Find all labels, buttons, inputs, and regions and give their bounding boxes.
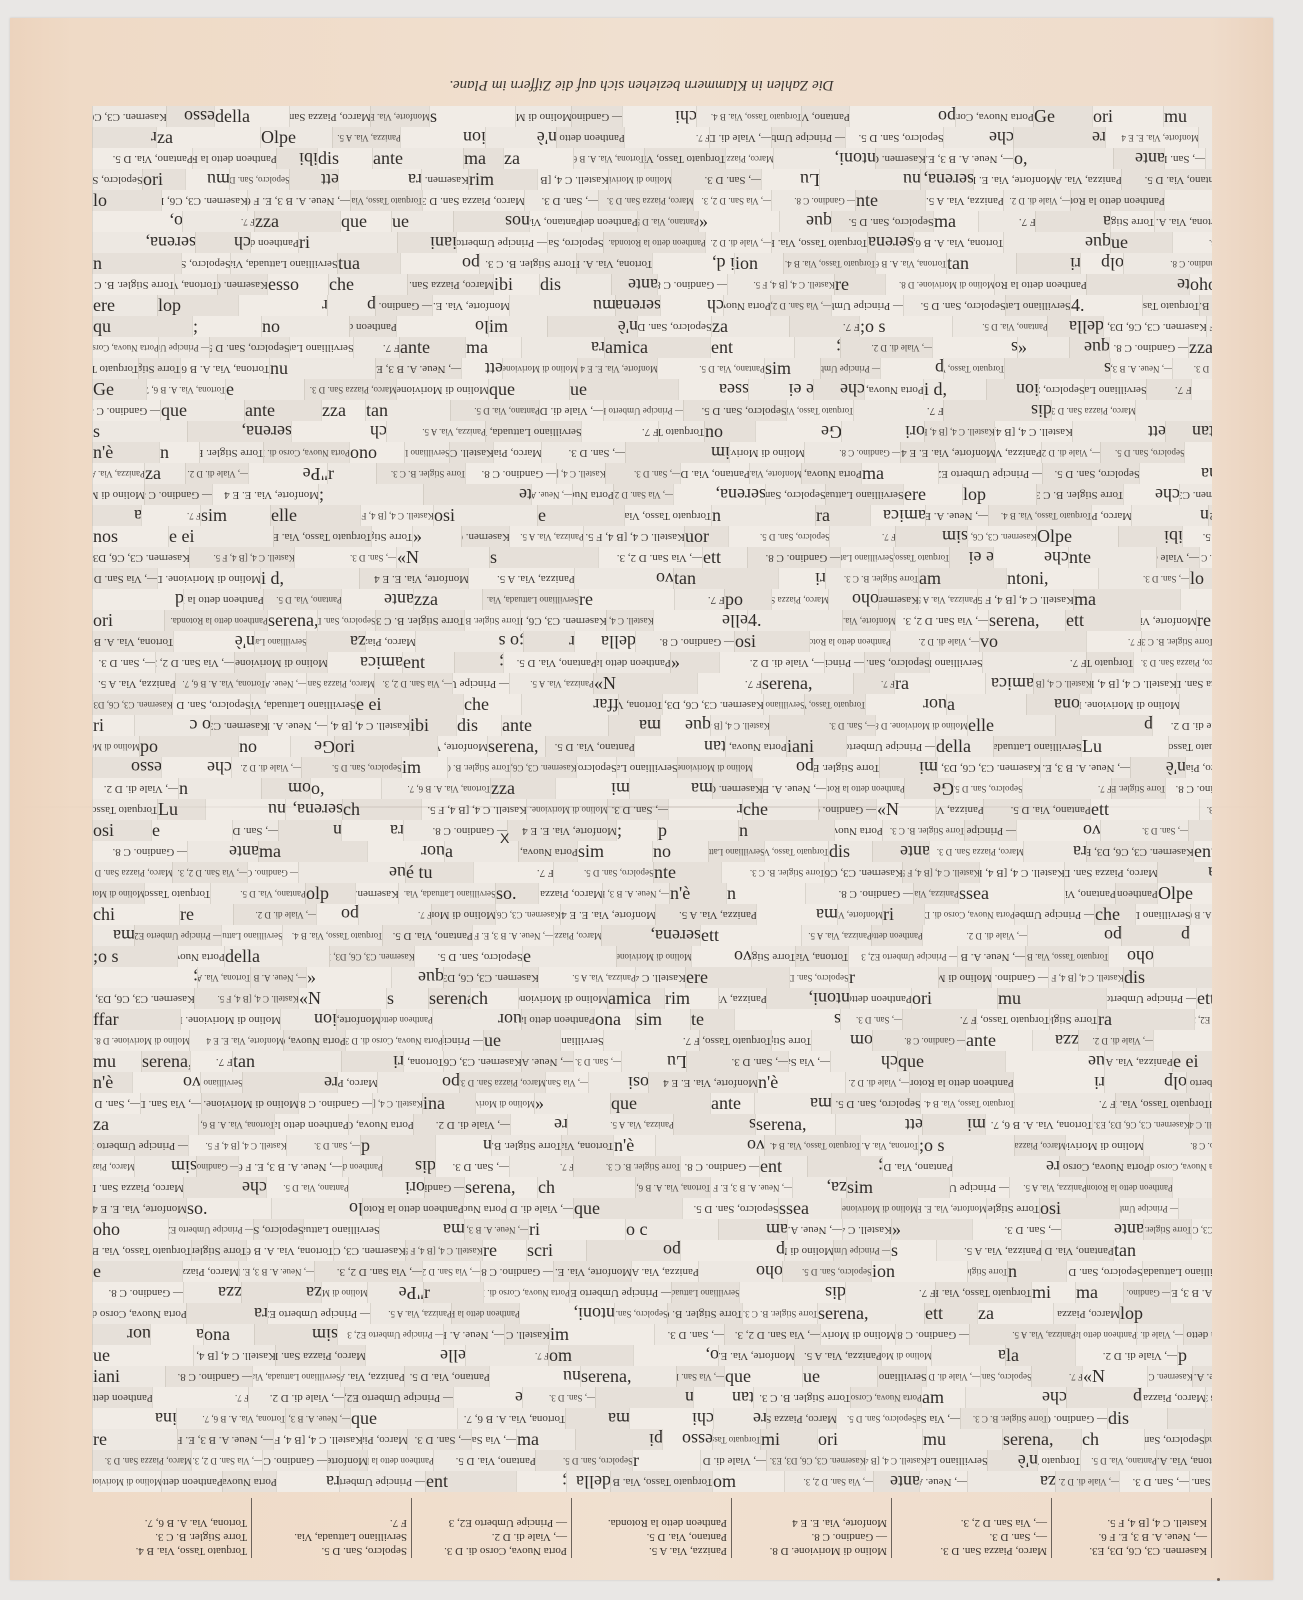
weave-cell: Molino di Morivione. D 8.: [396, 379, 489, 400]
weave-cell: — Principe Umberto E2, 3: [1119, 1198, 1179, 1219]
weave-cell: iani: [786, 736, 847, 757]
weave-cell: — Gandino. C 8.: [403, 820, 508, 841]
weave-cell: ma: [565, 1408, 630, 1429]
weave-cell: p: [680, 1240, 785, 1261]
weave-cell: Olpe: [1036, 526, 1119, 547]
text-fragment: F 7.: [183, 211, 255, 232]
weave-cell: Sepolcro, San. D 5.: [728, 526, 830, 547]
text-fragment: sim: [765, 358, 821, 379]
text-fragment: za: [504, 148, 574, 169]
text-fragment: Sepolcro, San. D 5.: [954, 778, 1023, 799]
weave-cell: uor: [92, 1324, 151, 1345]
text-fragment: ;: [517, 1471, 567, 1492]
weave-cell: p: [880, 358, 944, 379]
weave-cell: Kastell. C 4, [B 4, F 5.: [273, 1429, 363, 1450]
weave-cell: s: [932, 337, 1018, 358]
text-fragment: esso: [93, 757, 162, 778]
text-fragment: —, Neue. A. B 3, E. F 6.: [926, 505, 989, 526]
text-fragment: Pantano, Via. D 5.: [504, 652, 597, 673]
text-fragment: olp: [306, 883, 356, 904]
text-fragment: mu: [923, 1429, 1003, 1450]
text-fragment: uor: [93, 1324, 151, 1345]
weave-cell: —, San. D 3.: [286, 1135, 361, 1156]
weave-cell: Sepolcro, San. D 5.: [576, 757, 617, 778]
text-fragment: Sepolcro, San. D 5.: [1101, 442, 1185, 463]
text-fragment: ;: [808, 1156, 883, 1177]
text-fragment: ;o s: [860, 316, 953, 337]
weave-cell: p: [327, 295, 376, 316]
text-fragment: Tortona, Via. A. B 6, 7.: [577, 253, 653, 274]
text-fragment: che: [994, 547, 1069, 568]
weave-cell: della: [224, 946, 330, 967]
text-fragment: —, Neue. A. B 3, E. F 6.: [266, 673, 307, 694]
text-fragment: F 7.: [604, 1030, 700, 1051]
weave-cell: Sepolcro, San. D 5.: [765, 484, 826, 505]
weave-cell: ante: [965, 1030, 1033, 1051]
weave-cell: Torre Stigler. B. C 3.: [813, 757, 880, 778]
weave-cell: Sepolcro, San. D 5.: [831, 211, 934, 232]
text-fragment: Molino di Morivione. D 8.: [678, 757, 753, 778]
text-fragment: ;: [455, 652, 504, 673]
text-fragment: F 7.: [142, 505, 201, 526]
weave-cell: Sepolcro, San. D 5.: [172, 694, 251, 715]
text-fragment: po: [1028, 925, 1122, 946]
text-fragment: Sepolcro, San. D 5.: [210, 337, 290, 358]
text-fragment: Pantano, Via. D 5.: [1199, 127, 1212, 148]
weave-cell: 4.: [747, 610, 843, 631]
text-fragment: Sepolcro, San. D 5.: [615, 1303, 668, 1324]
text-fragment: Panizza, Via. A 5.: [795, 1345, 882, 1366]
weave-cell: Panizza, Via. A 5.: [913, 883, 959, 904]
weave-cell: —, Via San. D 2, 3.: [1189, 1471, 1212, 1492]
weave-cell: que: [660, 715, 711, 736]
weave-cell: vo: [979, 631, 1087, 652]
text-fragment: sim: [847, 1177, 950, 1198]
text-fragment: Kastell. C 4, [B 4, F 5.: [995, 421, 1073, 442]
weave-cell: —, Neue. A. B 3, E. F 6.: [957, 946, 1026, 967]
weave-cell: nte: [653, 862, 722, 883]
text-fragment: Kastell. C 4, [B 4, F 5.: [728, 274, 835, 295]
text-fragment: Panizza, Via. A 5.: [936, 799, 984, 820]
weave-cell: ona: [594, 1009, 636, 1030]
text-fragment: Monforte, Via. E. E 4: [901, 442, 996, 463]
text-fragment: F 7.: [191, 1051, 233, 1072]
text-fragment: della: [1048, 316, 1104, 337]
text-fragment: Servilliano Lattuada, Via.: [253, 1366, 341, 1387]
weave-cell: ue: [92, 1345, 194, 1366]
weave-cell: amica: [604, 337, 711, 358]
weave-cell: Marco, Piazza San. D 3.: [929, 841, 1024, 862]
text-fragment: no: [653, 841, 709, 862]
weave-cell: — Gandino. C 8.: [92, 400, 161, 421]
text-fragment: Kastell. C 4, [B 4, F 5.: [1049, 967, 1124, 988]
weave-cell: —, Via San. D 2, 3.: [613, 484, 674, 505]
weave-cell: —, San. D 3.: [671, 169, 762, 190]
weave-row: — Gandino. C 8.antemauoraPorta Nuova, Co…: [92, 841, 1212, 862]
weave-cell: Torre Stigler. B. C 3.: [1143, 1219, 1192, 1240]
weave-cell: Marco, Piazza San. D 3.: [422, 190, 525, 211]
text-fragment: Tortona, Via. A. B 6, 7.: [1155, 211, 1212, 232]
weave-row: Torquato Tasso, Via. B 4.Torre Stigler. …: [92, 358, 1212, 379]
weave-cell: Torquato Tasso, Via. B 4.: [144, 883, 211, 904]
text-fragment: esso: [167, 106, 215, 127]
text-fragment: Pantano, Via. D 5.: [953, 316, 1048, 337]
weave-cell: — Gandino. C 8.: [635, 631, 735, 652]
weave-cell: nos: [453, 211, 530, 232]
text-fragment: re: [1197, 610, 1212, 631]
weave-row: rzaOlpePanizza, Via. A 5.ionn'èPantheon …: [92, 127, 1212, 148]
index-entry: Pantano, Via. D 5.: [572, 1530, 727, 1544]
text-fragment: Servilliano Lattuada, Via.: [826, 484, 904, 505]
weave-cell: —, Viale di. D 2.: [1003, 190, 1071, 211]
weave-cell: Monforte, Via. E. E 4: [359, 568, 469, 589]
weave-cell: ett: [1065, 610, 1141, 631]
text-fragment: della: [575, 631, 636, 652]
text-fragment: Torre Stigler. B. C 3.: [192, 1240, 247, 1261]
weave-row: chire—, Viale di. D 2.poF 7.Molino di Mo…: [92, 904, 1212, 925]
weave-cell: Tortona, Via. A. B 6, 7.: [561, 1135, 614, 1156]
weave-cell: Porta Nuova, Corso di. D 3.: [955, 106, 1034, 127]
text-fragment: Molino di Morivione. D 8.: [730, 442, 805, 463]
weave-cell: Monforte, Via. E. E 4: [189, 1030, 284, 1051]
text-fragment: —, San. D 3.: [1099, 568, 1190, 589]
weave-cell: Monforte, Via. E. E 4: [577, 358, 658, 379]
text-fragment: Pantheon detto la Rotonda.: [604, 232, 706, 253]
text-fragment: Kasernen. C3, C6, D3, E3.: [825, 862, 903, 883]
weave-cell: Torre Stigler. B. C 3.: [1110, 211, 1155, 232]
weave-cell: esso: [166, 106, 215, 127]
weave-cell: Panizza, Via. A 5.: [801, 925, 872, 946]
text-fragment: ona: [595, 1009, 636, 1030]
weave-cell: — Gandino. C 8.: [424, 1177, 465, 1198]
text-fragment: Porta Nuova, Corso di. D 3.: [724, 295, 771, 316]
weave-cell: po: [139, 736, 239, 757]
text-fragment: ue: [1111, 232, 1173, 253]
weave-cell: Servilliano Lattuada, Via.: [200, 1072, 243, 1093]
weave-cell: Pantheon detto la Rotonda.: [274, 1114, 349, 1135]
text-fragment: elle: [366, 1345, 466, 1366]
weave-row: — Principe Umberto E2, 3Kastell. C 4, [B…: [92, 1135, 1212, 1156]
index-entry: Panizza, Via. A 5.: [572, 1544, 727, 1558]
weave-cell: Marco, Piazza San. D 3.: [1014, 1135, 1066, 1156]
weave-cell: »: [670, 652, 720, 673]
text-fragment: —, Neue. A. B 3, E. F 6.: [473, 925, 554, 946]
text-fragment: Marco, Piazza San. D 3.: [1052, 400, 1136, 421]
weave-cell: F 7.: [603, 1030, 700, 1051]
weave-cell: Marco, Piazza San. D 3.: [459, 1072, 546, 1093]
text-fragment: Torquato Tasso, Via. B 4.: [1087, 652, 1134, 673]
weave-cell: — Principe Umberto E2, 3: [134, 925, 222, 946]
weave-cell: Marco, Piazza San. D 3.: [598, 190, 694, 211]
text-fragment: Tortona, Via. A. B 6, 7.: [176, 673, 266, 694]
text-fragment: Monforte, Via. E. E 4: [190, 1030, 284, 1051]
text-fragment: —, San. D 3.: [93, 652, 156, 673]
text-fragment: Tortona, Via. A. B 6, 7.: [914, 232, 1004, 253]
text-fragment: —, Neue. A. B 3, E. F 6.: [251, 967, 307, 988]
weave-cell: po: [724, 589, 772, 610]
weave-cell: e: [92, 1261, 183, 1282]
weave-row: Monforte, Via. E. E 4so.loPantheon detto…: [92, 1198, 1212, 1219]
text-fragment: tan: [674, 568, 779, 589]
weave-cell: re: [92, 1429, 178, 1450]
weave-cell: Torquato Tasso, Via. B 4.: [893, 547, 950, 568]
text-fragment: Monforte, Via. E. E 4: [554, 1261, 632, 1282]
weave-cell: che: [742, 799, 819, 820]
weave-cell: —, San. D 3.: [1167, 1408, 1212, 1429]
weave-cell: Monforte, Via. E. E 4: [1140, 610, 1197, 631]
text-fragment: no: [705, 421, 756, 442]
text-fragment: Pantano, Via. D 5.: [638, 211, 699, 232]
text-fragment: Kasernen. C3, C6, D3, E3.: [211, 715, 268, 736]
text-fragment: Pantheon detto la Rotonda.: [165, 610, 268, 631]
text-fragment: Panizza, Via. A 5.: [469, 568, 575, 589]
text-fragment: Sepolcro, San. D 5.: [93, 169, 143, 190]
weave-cell: — Gandino. C 8.: [805, 883, 914, 904]
text-fragment: Pantheon detto la Rotonda.: [1116, 883, 1158, 904]
weave-cell: d: [92, 589, 184, 610]
weave-cell: Molino di Morivione. D 8.: [92, 736, 140, 757]
weave-cell: esso: [662, 1429, 713, 1450]
text-fragment: za: [157, 127, 261, 148]
weave-cell: nte: [1068, 547, 1157, 568]
weave-cell: Torquato Tasso, Via. B 4.: [1037, 1450, 1081, 1471]
text-fragment: e: [538, 505, 625, 526]
text-fragment: Torre Stigler. B. C 3.: [376, 610, 465, 631]
weave-cell: za: [241, 1282, 322, 1303]
text-fragment: osi: [735, 631, 810, 652]
weave-cell: — Principe Umberto E2, 3: [1186, 1072, 1212, 1093]
weave-cell: ;: [192, 316, 262, 337]
text-fragment: Monforte, Via. E. E 4: [918, 1198, 987, 1219]
text-fragment: ;: [795, 337, 841, 358]
weave-cell: Kastell. C 4, [B 4, F 5.: [635, 967, 686, 988]
weave-cell: Torquato Tasso, Via. B 4.: [350, 190, 423, 211]
weave-cell: mu: [922, 1429, 1003, 1450]
weave-cell: zza: [1032, 1030, 1079, 1051]
weave-cell: sim: [254, 1324, 338, 1345]
text-fragment: Molino di Morivione. D 8.: [886, 274, 995, 295]
text-fragment: ent: [711, 337, 795, 358]
text-fragment: F 7.: [510, 1156, 574, 1177]
weave-cell: Olpe: [1157, 883, 1212, 904]
text-fragment: que: [661, 715, 711, 736]
weave-cell: que: [724, 1366, 803, 1387]
weave-cell: Torquato Tasso, Via. B 4.: [282, 925, 383, 946]
text-fragment: ori: [349, 1177, 425, 1198]
weave-cell: Panizza, Via. A 5.: [509, 526, 584, 547]
weave-cell: —, Neue. A. B 3, E. F 6.: [375, 358, 462, 379]
weave-row: Kasernen. C3, C6, D3, E3.Kastell. C 4, […: [92, 988, 1212, 1009]
text-fragment: ina: [423, 1093, 476, 1114]
weave-cell: ori: [348, 1177, 425, 1198]
weave-cell: ;o s: [92, 946, 178, 967]
text-fragment: Kasernen. C3, C6, D3, E3.: [422, 169, 469, 190]
weave-cell: n'è: [613, 1135, 656, 1156]
weave-cell: olp: [1080, 253, 1124, 274]
text-fragment: Tortona, Via. A. B 6, 7.: [1157, 1450, 1212, 1471]
text-fragment: —, Neue. A. B 3, E. F 6.: [788, 1219, 843, 1240]
text-fragment: — Gandino. C 8.: [873, 1030, 966, 1051]
text-fragment: —, Via San. D 2, 3.: [315, 1261, 423, 1282]
text-fragment: Marco, Piazza San. D 3.: [539, 883, 603, 904]
weave-cell: Pantano, Via. D 5.: [1041, 1240, 1114, 1261]
text-fragment: s: [93, 421, 188, 442]
weave-cell: «N: [593, 673, 698, 694]
weave-cell: F 7.: [1188, 820, 1212, 841]
text-fragment: — Gandino. C 8.: [376, 295, 433, 316]
text-fragment: zza: [255, 211, 341, 232]
text-fragment: Tortona, Via. A. B 6, 7.: [1191, 904, 1212, 925]
text-fragment: Kasernen. C3, C6, D3, E3.: [356, 883, 399, 904]
text-fragment: Pantano, Via. D 5.: [451, 400, 540, 421]
text-fragment: F 7.: [979, 211, 1036, 232]
weave-cell: —, San. D 3.: [407, 1429, 472, 1450]
weave-cell: lo: [92, 190, 162, 211]
weave-cell: p: [360, 1135, 436, 1156]
text-fragment: —, San. D 3.: [436, 1156, 510, 1177]
weave-cell: e ei: [355, 694, 464, 715]
weave-cell: Torquato Tasso, Via. B 4.: [273, 526, 372, 547]
text-fragment: Marco, Piazza San. D 3.: [494, 442, 542, 463]
weave-cell: Pantano, Via. D 5.: [404, 1366, 490, 1387]
weave-cell: Torquato Tasso, Via. B 4.: [804, 694, 866, 715]
weave-cell: 4.: [1070, 295, 1143, 316]
weave-cell: Sepolcro, San. D 5.: [614, 1303, 668, 1324]
text-fragment: Torre Stigler. B. C 3.: [961, 1408, 1048, 1429]
weave-cell: ra: [1023, 841, 1087, 862]
text-fragment: am: [919, 568, 1007, 589]
text-fragment: Sepolcro, San. D 5.: [683, 1198, 779, 1219]
text-fragment: Kasernen. C3, C6, D3, E3.: [162, 190, 248, 211]
weave-cell: tan: [693, 1387, 754, 1408]
text-fragment: ra: [277, 1471, 340, 1492]
weave-cell: oho: [1108, 946, 1154, 967]
weave-cell: serena,: [141, 1051, 191, 1072]
weave-cell: n: [178, 778, 262, 799]
weave-cell: — Principe Umberto E2, 3: [267, 1303, 371, 1324]
weave-cell: elle: [270, 505, 361, 526]
text-fragment: ante: [245, 400, 322, 421]
text-fragment: Pantano, Via. D 5.: [1183, 526, 1212, 547]
text-fragment: dis: [457, 715, 502, 736]
text-fragment: —, Neue. A. B 3, E. F 6.: [1206, 1387, 1212, 1408]
weave-cell: Sepolcro, San. D 5.: [1144, 1429, 1205, 1450]
text-fragment: —, Neue. A. B 3, E. F 6.: [1207, 316, 1212, 337]
text-fragment: —, San. D 3.: [973, 1219, 1062, 1240]
text-fragment: Marco, Piazza San. D 3.: [307, 673, 375, 694]
weave-cell: ina: [422, 1093, 476, 1114]
weave-cell: p: [657, 820, 739, 841]
text-fragment: Marco, Piazza San. D 3.: [408, 274, 494, 295]
text-fragment: é tu: [406, 862, 474, 883]
weave-cell: olp: [305, 883, 356, 904]
text-fragment: Panizza, Via. A 5.: [93, 463, 145, 484]
text-fragment: po: [317, 904, 359, 925]
weave-cell: osi: [433, 505, 538, 526]
weave-cell: Panizza, Via. A 5.: [995, 442, 1042, 463]
weave-cell: Servilliano Lattuada, Via.: [404, 442, 450, 463]
weave-cell: Torre Stigler. B. C 3.: [491, 1135, 562, 1156]
weave-cell: Pantheon detto la Rotonda.: [603, 232, 706, 253]
weave-cell: o,: [633, 1345, 719, 1366]
text-fragment: Torre Stigler. B. C 3.: [752, 946, 796, 967]
text-fragment: —, San. D 3.: [525, 190, 599, 211]
weave-cell: Marco, Piazza San. D 3.: [1185, 757, 1212, 778]
index-entry: —, San. D 3.: [892, 1530, 1047, 1544]
text-fragment: so.: [1190, 925, 1212, 946]
weave-cell: ante: [244, 400, 322, 421]
weave-cell: re: [482, 1240, 527, 1261]
text-fragment: om: [812, 1030, 873, 1051]
text-fragment: zza: [1033, 1030, 1079, 1051]
weave-row: —, Via San. D 2, 3.Molino di Morivione. …: [92, 568, 1212, 589]
weave-cell: —, Viale di. D 2.: [922, 925, 1028, 946]
weave-cell: Torre Stigler. B. C 3.: [882, 820, 965, 841]
weave-cell: p: [1066, 1387, 1142, 1408]
text-fragment: ma: [934, 211, 979, 232]
weave-cell: Kastell. C 4, [B 4, F 5.: [504, 1324, 550, 1345]
weave-cell: Sepolcro, San. D 5.: [92, 169, 143, 190]
text-fragment: Pantheon detto la Rotonda.: [452, 1303, 520, 1324]
weave-row: Molino di Morivione. D 8.Pantheon detto …: [92, 1471, 1212, 1492]
text-fragment: a: [93, 505, 142, 526]
text-fragment: Pantheon detto la Rotonda.: [350, 316, 397, 337]
text-fragment: Servilliano Lattuada, Via.: [764, 694, 805, 715]
text-fragment: ent: [760, 1156, 808, 1177]
text-fragment: Marco, Piazza San. D 3.: [930, 841, 1024, 862]
text-fragment: n'è: [988, 1450, 1038, 1471]
weave-cell: —, Viale di. D 2.: [92, 778, 179, 799]
text-fragment: Molino di Morivione. D 8.: [202, 1093, 299, 1114]
text-fragment: — Gandino. C 8.: [1200, 547, 1212, 568]
text-fragment: ion: [872, 1261, 968, 1282]
weave-cell: »: [698, 211, 780, 232]
weave-cell: Pantano, Via. D 5.: [263, 589, 342, 610]
weave-cell: Olpe: [260, 127, 333, 148]
text-fragment: Torquato Tasso, Via. B 4.: [713, 1429, 761, 1450]
text-fragment: e ei: [1173, 1051, 1212, 1072]
weave-cell: Tortona, Via. A. B 6, 7.: [635, 1177, 711, 1198]
text-fragment: Torquato Tasso, Via. B 4.: [351, 190, 423, 211]
weave-cell: Marco, Piazza San. D 3.: [92, 1177, 184, 1198]
weave-cell: —, Viale di. D 2.: [700, 1450, 767, 1471]
text-fragment: ra: [339, 169, 422, 190]
weave-cell: Tortona, Via. A. B 6, 7.: [573, 148, 645, 169]
text-fragment: serena,: [268, 610, 318, 631]
text-fragment: ent: [1194, 841, 1212, 862]
text-fragment: — Principe Umberto E2, 3: [93, 1135, 189, 1156]
text-fragment: o,: [311, 778, 382, 799]
weave-cell: za: [144, 463, 186, 484]
text-fragment: Marco, Piazza San. D 3.: [1054, 1303, 1120, 1324]
text-fragment: — Principe Umberto E2, 3: [570, 1282, 672, 1303]
weave-cell: n'è: [1178, 1198, 1212, 1219]
text-fragment: Monforte, Via. E. E 4: [1106, 127, 1199, 148]
text-fragment: oho: [1190, 274, 1212, 295]
text-fragment: n'è: [670, 883, 727, 904]
text-fragment: mi: [556, 778, 630, 799]
weave-cell: zza: [321, 400, 366, 421]
weave-cell: n: [726, 883, 806, 904]
text-fragment: —, Via San. D 2, 3.: [677, 1366, 725, 1387]
weave-cell: dis: [739, 1282, 846, 1303]
text-fragment: oho: [829, 589, 879, 610]
text-fragment: —, San. D 3.: [672, 169, 762, 190]
weave-cell: so.: [495, 883, 539, 904]
text-fragment: Monforte, Via. E. E 4: [433, 295, 510, 316]
weave-row: rio cKasernen. C3, C6, D3, E3.—, Neue. A…: [92, 715, 1212, 736]
text-fragment: n: [179, 778, 262, 799]
